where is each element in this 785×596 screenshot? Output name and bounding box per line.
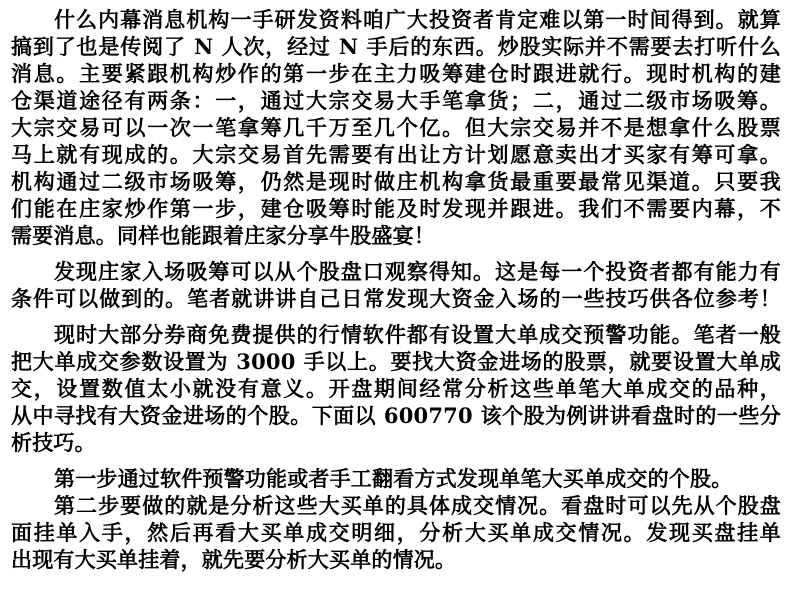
paragraph-3-line-2: 把大单成交参数设置为 3000 手以上。要找大资金进场的股票，就要设置大单成 xyxy=(11,348,781,375)
paragraph-3-line-5: 析技巧。 xyxy=(11,429,781,456)
paragraph-5-line-2: 面挂单入手，然后再看大买单成交明细，分析大买单成交情况。发现买盘挂单 xyxy=(11,519,781,546)
paragraph-1-line-3: 消息。主要紧跟机构炒作的第一步在主力吸筹建仓时跟进就行。现时机构的建 xyxy=(11,60,781,87)
paragraph-4-line-1: 第一步通过软件预警功能或者手工翻看方式发现单笔大买单成交的个股。 xyxy=(54,465,781,492)
paragraph-1-line-8: 们能在庄家炒作第一步，建仓吸筹时能及时发现并跟进。我们不需要内幕，不 xyxy=(11,195,781,222)
paragraph-3-line-3: 交，设置数值太小就没有意义。开盘期间经常分析这些单笔大单成交的品种， xyxy=(11,375,781,402)
paragraph-2-line-1: 发现庄家入场吸筹可以从个股盘口观察得知。这是每一个投资者都有能力有 xyxy=(54,258,781,285)
paragraph-1-line-7: 机构通过二级市场吸筹，仍然是现时做庄机构拿货最重要最常见渠道。只要我 xyxy=(11,168,781,195)
paragraph-1-line-4: 仓渠道途径有两条：一，通过大宗交易大手笔拿货；二，通过二级市场吸筹。 xyxy=(11,87,781,114)
document-page: 什么内幕消息机构一手研发资料咱广大投资者肯定难以第一时间得到。就算 搞到了也是传… xyxy=(0,0,785,596)
paragraph-3-line-1: 现时大部分券商免费提供的行情软件都有设置大单成交预警功能。笔者一般 xyxy=(54,321,781,348)
paragraph-1-line-2: 搞到了也是传阅了 N 人次，经过 N 手后的东西。炒股实际并不需要去打听什么 xyxy=(11,33,781,60)
paragraph-2-line-2: 条件可以做到的。笔者就讲讲自己日常发现大资金入场的一些技巧供各位参考！ xyxy=(11,285,781,312)
paragraph-1-line-6: 马上就有现成的。大宗交易首先需要有出让方计划愿意卖出才买家有筹可拿。 xyxy=(11,141,781,168)
paragraph-1-line-1: 什么内幕消息机构一手研发资料咱广大投资者肯定难以第一时间得到。就算 xyxy=(54,6,781,33)
paragraph-1-line-5: 大宗交易可以一次一笔拿筹几千万至几个亿。但大宗交易并不是想拿什么股票 xyxy=(11,114,781,141)
paragraph-5-line-1: 第二步要做的就是分析这些大买单的具体成交情况。看盘时可以先从个股盘 xyxy=(54,492,781,519)
paragraph-1-line-9: 需要消息。同样也能跟着庄家分享牛股盛宴！ xyxy=(11,222,781,249)
paragraph-3-line-4: 从中寻找有大资金进场的个股。下面以 600770 该个股为例讲讲看盘时的一些分 xyxy=(11,402,781,429)
paragraph-5-line-3: 出现有大买单挂着，就先要分析大买单的情况。 xyxy=(11,546,781,573)
